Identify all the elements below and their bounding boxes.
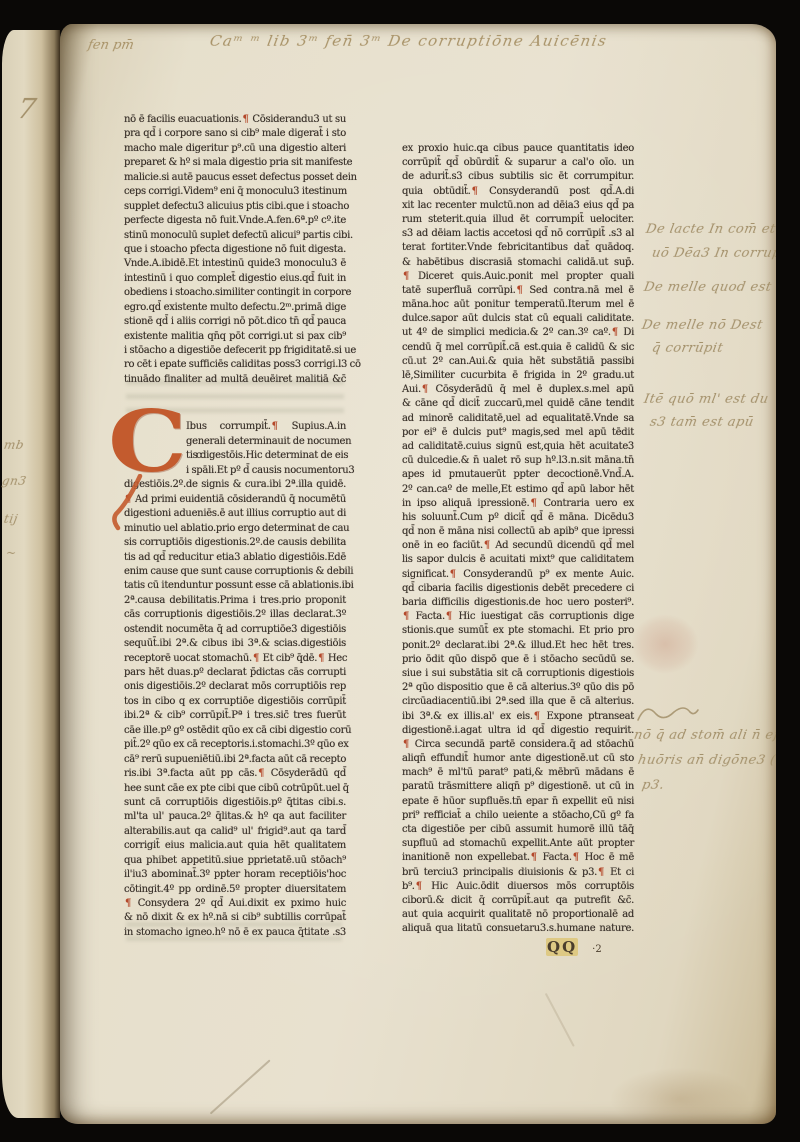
chapter-indented-lines: Ibus corrumpit̄.¶ Supius.A.ingenerali de… bbox=[186, 420, 346, 478]
text-line: xit lac recenter mulctū.non ad dēia3 eiu… bbox=[402, 199, 634, 213]
text-line: cta digestiōe per cibū assumit humorē il… bbox=[402, 823, 634, 837]
pilcrow-mark: ¶ bbox=[402, 739, 410, 750]
pilcrow-mark: ¶ bbox=[421, 384, 429, 395]
text-line: ponit.2º declarat.ibi 2ª.& illud.Et hec … bbox=[402, 639, 634, 653]
page-scratch bbox=[545, 993, 574, 1047]
pilcrow-mark: ¶ bbox=[124, 494, 132, 505]
pilcrow-mark: ¶ bbox=[530, 852, 538, 863]
text-line: onē in eo faciūt.¶ Ad secundū dicendū qd… bbox=[402, 539, 634, 553]
text-line: pra qd̄ i corpore sano si cib⁹ male dige… bbox=[124, 127, 346, 141]
pilcrow-mark: ¶ bbox=[445, 611, 453, 622]
signature-mark: QQ bbox=[546, 938, 578, 956]
text-line: sunt cā corruptiōis digestiōis.pº q̄tita… bbox=[124, 796, 346, 810]
text-line: ris.ibi 3ª.facta aūt pp cās.¶ Cōsyderādū… bbox=[124, 767, 346, 781]
text-line: quia obtūdit̄.¶ Consyderandū post qd̄.A.… bbox=[402, 185, 634, 199]
handwritten-note: De melle quod est m̄ bbox=[643, 280, 776, 295]
text-line: il'iu3 abominat̄.3º ppter horam receptiō… bbox=[124, 868, 346, 882]
text-column-left: nō ē facilis euacuationis.¶ Cōsiderandu3… bbox=[124, 113, 346, 940]
text-line: apes id pmutauerūt ppter decoctionē.Vnd̄… bbox=[402, 468, 634, 482]
guide-letter: c bbox=[196, 450, 201, 461]
handwritten-note: tij bbox=[3, 512, 19, 526]
text-line: ad minorē caliditatē,uel ad equalitatē.V… bbox=[402, 412, 634, 426]
text-line: ml'ta ul' pauca.2º q̄litas.& hº qa aut f… bbox=[124, 810, 346, 824]
text-line: hee sunt cāe ex pte cibi que cibū cotrūp… bbox=[124, 782, 346, 796]
handwritten-note: Itē quō ml' est du bbox=[643, 392, 770, 407]
handwritten-note: De melle nō Dest bbox=[641, 318, 764, 333]
text-line: stionē qd̄ i aliis corrigi nō pōt.dico t… bbox=[124, 315, 346, 329]
text-line: qd̄ cibaria facilis digestionis debēt pr… bbox=[402, 582, 634, 596]
text-line: pars hēt duas.pº declarat p̄dictas cās c… bbox=[124, 666, 346, 680]
text-line: nō ē facilis euacuationis.¶ Cōsiderandu3… bbox=[124, 113, 346, 127]
page-scratch bbox=[210, 1059, 270, 1114]
text-line: Vnde.A.ibidē.Et intestinū quide3 monocul… bbox=[124, 257, 346, 271]
text-column-right: ex proxio huic.qa cibus pauce quantitati… bbox=[402, 142, 634, 937]
handwritten-note: s3 tam̄ est apū bbox=[649, 415, 755, 430]
text-line: supfluū ad stomachū expellit.Ante aūt pr… bbox=[402, 837, 634, 851]
text-line: siue i sui substātia sit cā corruptionis… bbox=[402, 667, 634, 681]
text-line: stinū monoculū suplet defectū alicui⁹ pa… bbox=[124, 229, 346, 243]
pilcrow-mark: ¶ bbox=[252, 653, 260, 664]
text-line: & nō dixit & ex hº.nā si cib⁹ subtillis … bbox=[124, 911, 346, 925]
text-line: s3 ad dēiam lactis accetosi qd̄ nō corrū… bbox=[402, 227, 634, 241]
text-line: lis sapor dulcis ē acuitati mixt⁹ que ca… bbox=[402, 553, 634, 567]
pen-flourish bbox=[636, 700, 700, 728]
foxing-stain bbox=[580, 1054, 776, 1124]
text-line: ¶ Circa secundā partē considera.q̄ ad st… bbox=[402, 738, 634, 752]
annotation-title: Caᵐ ᵐ lib 3ᵐ fen̄ 3ᵐ De corruptiōne Auic… bbox=[208, 32, 608, 50]
pilcrow-mark: ¶ bbox=[529, 498, 537, 509]
pilcrow-mark: ¶ bbox=[572, 852, 580, 863]
text-line: aut quia acquirit qualitatē nō proportio… bbox=[402, 908, 634, 922]
chapter-opening: C c Ibus corrumpit̄.¶ Supius.A.ingeneral… bbox=[124, 420, 346, 478]
pilcrow-mark: ¶ bbox=[597, 867, 605, 878]
text-line: stionis.que sumūt̄ ex pte stomachi. Et p… bbox=[402, 624, 634, 638]
text-line: aliquā qua litatū consuetaru3.s.humane n… bbox=[402, 922, 634, 936]
text-line: receptorē uocat stomachū.¶ Et cib⁹ q̄dē.… bbox=[124, 652, 346, 666]
text-line: tis ad qd̄ reducitur etia3 ablatio diges… bbox=[124, 551, 346, 565]
text-line: tatis cū itenduntur possunt esse cā abla… bbox=[124, 579, 346, 593]
pilcrow-mark: ¶ bbox=[516, 285, 524, 296]
handwritten-note: gn3 bbox=[1, 474, 28, 488]
text-line: in ipso aliquā ipressionē.¶ Contraria ue… bbox=[402, 497, 634, 511]
handwritten-note: q̄ corrūpit bbox=[651, 341, 725, 356]
pilcrow-mark: ¶ bbox=[257, 768, 265, 779]
handwritten-note: nō q̄ ad stom̄ ali n̄ effund bbox=[633, 728, 776, 743]
handwritten-note: De lacte In com̄ et bbox=[645, 222, 776, 237]
text-line: pit̄.2º qūo ex cā receptoris.i.stomachi.… bbox=[124, 738, 346, 752]
text-line: ¶ Ad primi euidentiā cōsiderandū q̄ nocu… bbox=[124, 493, 346, 507]
text-line: enim cause que sunt cause corruptionis &… bbox=[124, 565, 346, 579]
column-block: nō ē facilis euacuationis.¶ Cōsiderandu3… bbox=[124, 113, 346, 387]
text-line: brū terciu3 principalis diuisionis & p3.… bbox=[402, 866, 634, 880]
text-line: Ibus corrumpit̄.¶ Supius.A.in bbox=[186, 420, 346, 434]
text-line: cā⁹ rerū supueniētiū.ibi 2ª.facta aūt cā… bbox=[124, 753, 346, 767]
text-line: minutio uel ablatio.prio ergo determinat… bbox=[124, 522, 346, 536]
pilcrow-mark: ¶ bbox=[449, 569, 457, 580]
text-line: ro cēt i epate sufficiēs caliditas poss3… bbox=[124, 358, 346, 372]
text-line: malicie.si autē paucus esset defectus po… bbox=[124, 171, 346, 185]
text-line: b⁹.¶ Hic Auic.ōdit diuersos mōs corruptō… bbox=[402, 880, 634, 894]
text-line: perfecte digesta nō fuit.Vnde.A.fen.6ª.p… bbox=[124, 214, 346, 228]
text-line: in stomacho igneo.hº nō ē ex pauca q̄tit… bbox=[124, 926, 346, 940]
photo-background: 7mbgn3tij~ fen pm̄ Caᵐ ᵐ lib 3ᵐ fen̄ 3ᵐ … bbox=[0, 0, 800, 1142]
text-line: tos in cibo q ex corruptiōe digestiōis c… bbox=[124, 695, 346, 709]
text-line: generali determinauit de nocumen bbox=[186, 435, 346, 449]
handwritten-note: mb bbox=[3, 438, 26, 452]
handwritten-note: huōris an̄ digōne3 (( bbox=[637, 753, 776, 768]
text-line: onis digestiōis.2º declarat mōs corrupti… bbox=[124, 680, 346, 694]
text-line: ibi 3ª.& ex illis.al' ex eis.¶ Expone pt… bbox=[402, 710, 634, 724]
text-line: tatē superfluā corrūpi.¶ Sed contra.nā m… bbox=[402, 284, 634, 298]
text-line: prio ōdit qūo dispō que ē i stōacho secū… bbox=[402, 653, 634, 667]
text-line: corrigit̄ eius malicia.aut quia hēt qual… bbox=[124, 839, 346, 853]
text-line: ad caliditatē.cuius signū est,quia hēt a… bbox=[402, 440, 634, 454]
quire-signature: QQ·2 bbox=[546, 938, 602, 956]
annotation-fen: fen pm̄ bbox=[87, 38, 135, 53]
text-line: ¶ Consydera 2º qd̄ Aui.dixit ex pximo hu… bbox=[124, 897, 346, 911]
text-line: qua phibet appetitū.siue pprietatē.uū st… bbox=[124, 854, 346, 868]
handwritten-note: ~ bbox=[5, 546, 18, 560]
pilcrow-mark: ¶ bbox=[611, 327, 619, 338]
pilcrow-mark: ¶ bbox=[483, 540, 491, 551]
facing-page-edge: 7mbgn3tij~ bbox=[2, 30, 60, 1118]
text-line: rum steterit.quia illud ēt corrumpit̄ ue… bbox=[402, 213, 634, 227]
text-line: alterabilis.aut qa calid⁹ ul' frigid⁹.au… bbox=[124, 825, 346, 839]
column-block: ex proxio huic.qa cibus pauce quantitati… bbox=[402, 142, 634, 937]
text-line: circūadiacentiū.ibi 2ª.sed illa que ē cā… bbox=[402, 695, 634, 709]
text-line: significat.¶ Consyderandū p⁹ ex mente Au… bbox=[402, 568, 634, 582]
text-line: preparet & hº si mala digestio pria sit … bbox=[124, 156, 346, 170]
text-line: paratū trāsmittere aliqn̄ p⁹ digestionē.… bbox=[402, 780, 634, 794]
pilcrow-mark: ¶ bbox=[402, 611, 410, 622]
text-line: māna.hoc aūt ponitur temperatū.Iterum me… bbox=[402, 298, 634, 312]
text-line: cōtingit.4º pp ordinē.5º propter diuersi… bbox=[124, 883, 346, 897]
text-line: cū dulcedie.& n̄ ualet rō sup hº.l3.n.si… bbox=[402, 454, 634, 468]
text-line: epate ē hūor supfluēs.tn̄ epar n̄ expell… bbox=[402, 795, 634, 809]
text-line: his soluunt̄.Cum pº dicit̄ qd̄ ē māna. D… bbox=[402, 511, 634, 525]
text-line: 2º can.caº de melle,Et estimo qd̄ apū la… bbox=[402, 483, 634, 497]
text-line: & cāne qd̄ dicit̄ zuccarū,mel quidē cāne… bbox=[402, 397, 634, 411]
text-line: mach⁹ ē ml'tū parat⁹ pati,& mēbrū mādans… bbox=[402, 766, 634, 780]
text-line: por ei⁹ ē dulcis put⁹ magis,sed mel apū … bbox=[402, 426, 634, 440]
text-line: egro.qd̄ existente multo defectu.2ᵐ.prim… bbox=[124, 301, 346, 315]
text-line: lē,Similiter cucurbita ē frigida in 2º g… bbox=[402, 369, 634, 383]
text-line: dulce.sapor aūt dulcis stat cū equali ca… bbox=[402, 312, 634, 326]
text-line: ceps corrigi.Videm⁹ eni q̄ monoculu3 ite… bbox=[124, 185, 346, 199]
text-line: 2ª qūo dispositio que ē cā alterius.3º q… bbox=[402, 681, 634, 695]
text-line: macho male digeritur p⁹.cū una digestio … bbox=[124, 142, 346, 156]
signature-leaf-number: ·2 bbox=[592, 944, 602, 955]
text-line: inanitionē non expellebat.¶ Facta.¶ Hoc … bbox=[402, 851, 634, 865]
text-line: ibi.2ª & cib⁹ corrūpit̄.Pª i tres.sic̄ t… bbox=[124, 709, 346, 723]
text-line: i stōacho a digestiōe defecerit pp frigi… bbox=[124, 344, 346, 358]
text-line: cū.ut 2º can.Aui.& quia hēt substātiā pa… bbox=[402, 355, 634, 369]
text-line: tinuādo finaliter ad multā deuēiret mali… bbox=[124, 373, 346, 387]
text-line: & habētibus discrasiā stomachi calidā.ut… bbox=[402, 256, 634, 270]
text-line: sequūt̄.ibi 2ª.& cibus ibi 3ª.& scias.di… bbox=[124, 637, 346, 651]
pilcrow-mark: ¶ bbox=[533, 711, 541, 722]
pilcrow-mark: ¶ bbox=[124, 898, 132, 909]
pilcrow-mark: ¶ bbox=[241, 114, 249, 125]
text-line: 2ª.causa debilitatis.Prima i tres.prio p… bbox=[124, 594, 346, 608]
book-page: fen pm̄ Caᵐ ᵐ lib 3ᵐ fen̄ 3ᵐ De corrupti… bbox=[60, 24, 776, 1124]
text-line: cendū q̄ mel corrūpit̄.cā est.quia ē cal… bbox=[402, 341, 634, 355]
handwritten-note: uō Dēa3 In corrupn̄ bbox=[651, 246, 776, 261]
handwritten-note: 7 bbox=[15, 92, 39, 125]
text-line: ciborū.& dicit q̄ corrūpit̄.aut qa putre… bbox=[402, 894, 634, 908]
text-line: pri⁹ refficiat̄ a chilo ueiente a stōach… bbox=[402, 809, 634, 823]
pilcrow-mark: ¶ bbox=[415, 881, 423, 892]
text-line: corrūpit̄ qd̄ obūrdit̄ & suparur a cal'o… bbox=[402, 156, 634, 170]
text-line: cāe ille.pº gº ostēdit qūo ex cā cibi di… bbox=[124, 724, 346, 738]
red-stain bbox=[620, 604, 710, 684]
text-line: ostendit nocumēta q̄ ad corruptiōe3 dige… bbox=[124, 623, 346, 637]
text-line: ¶ Diceret quis.Auic.ponit mel propter qu… bbox=[402, 270, 634, 284]
text-line: Aui.¶ Cōsyderādū q̄ mel ē duplex.s.mel a… bbox=[402, 383, 634, 397]
handwritten-note: p3. bbox=[641, 778, 666, 793]
text-line: intestinū i quo complet̄ digestio eius.q… bbox=[124, 272, 346, 286]
text-line: digestiōis.2º.de signis & cura.ibi 2ª.il… bbox=[124, 478, 346, 492]
text-line: aliqn̄ effundit̄ humor ante digestionē.u… bbox=[402, 752, 634, 766]
text-line: existente malitia qn̄q pōt corrigi.ut si… bbox=[124, 330, 346, 344]
pilcrow-mark: ¶ bbox=[471, 186, 479, 197]
text-line: ¶ Facta.¶ Hic iuestigat cās corruptionis… bbox=[402, 610, 634, 624]
text-line: cās corruptionis digestiōis.2º illas dec… bbox=[124, 608, 346, 622]
text-line: qd̄ non ē māna nisi collectū ab apib⁹ qu… bbox=[402, 525, 634, 539]
text-line: digestioni adueniēs.ē aut illius corrupt… bbox=[124, 507, 346, 521]
text-line: que i stoacho pfecta digestione nō fuit … bbox=[124, 243, 346, 257]
text-line: obediens i stoacho.similiter contingit i… bbox=[124, 286, 346, 300]
text-line: baria difficilis digestionis.de hoc uero… bbox=[402, 596, 634, 610]
text-line: digestionē.i.agat ultra id qd̄ digestio … bbox=[402, 724, 634, 738]
initial-letter: C bbox=[108, 400, 187, 484]
text-line: tis digestōis.Hic determinat de eis bbox=[186, 449, 346, 463]
text-line: de adurit̄.s3 cibus subtilis sic ēt corr… bbox=[402, 170, 634, 184]
pilcrow-mark: ¶ bbox=[271, 421, 279, 432]
column-block: digestiōis.2º.de signis & cura.ibi 2ª.il… bbox=[124, 478, 346, 940]
pilcrow-mark: ¶ bbox=[402, 271, 410, 282]
text-line: ex proxio huic.qa cibus pauce quantitati… bbox=[402, 142, 634, 156]
text-line: sis corruptiōis digestionis.2º.de causis… bbox=[124, 536, 346, 550]
pilcrow-mark: ¶ bbox=[317, 653, 325, 664]
text-line: terat fortiter.Vnde febricitantibus dat̄… bbox=[402, 241, 634, 255]
text-line: supplet defectu3 alicuius ptis cibi.que … bbox=[124, 200, 346, 214]
text-line: ut 4º de simplici medicia.& 2º can.3º ca… bbox=[402, 326, 634, 340]
text-line: i spāli.Et pº d̄ causis nocumentoru3 bbox=[186, 464, 346, 478]
